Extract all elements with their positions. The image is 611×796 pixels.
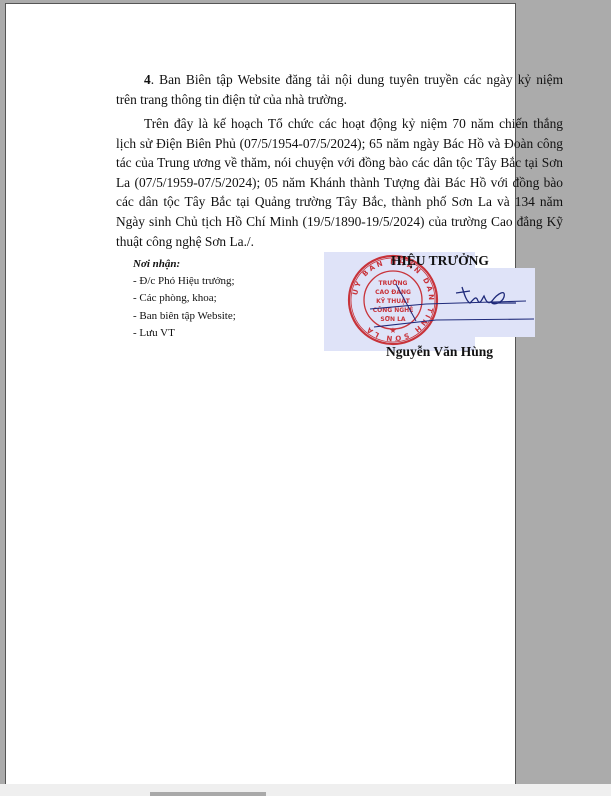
- line-text: . Ban Biên tập Website đăng tải nội dung…: [151, 72, 563, 87]
- horizontal-scrollbar-thumb[interactable]: [150, 792, 266, 796]
- summary-paragraph: Trên đây là kế hoạch Tổ chức các hoạt độ…: [116, 114, 563, 251]
- paragraph-4-line-2: trên trang thông tin điện tử của nhà trư…: [116, 90, 563, 110]
- summary-line: Trên đây là kế hoạch Tổ chức các hoạt độ…: [116, 114, 563, 134]
- recipient-item: - Các phòng, khoa;: [133, 290, 236, 307]
- recipient-item: - Đ/c Phó Hiệu trưởng;: [133, 273, 236, 290]
- paragraph-4: 4. Ban Biên tập Website đăng tải nội dun…: [116, 70, 563, 109]
- recipient-item: - Lưu VT: [133, 325, 236, 342]
- summary-line: các dân tộc Tây Bắc tại Quảng trường Tây…: [116, 192, 563, 212]
- summary-line: Ngày sinh Chủ tịch Hồ Chí Minh (19/5/189…: [116, 212, 563, 232]
- item-number: 4: [144, 72, 151, 87]
- recipient-item: - Ban biên tập Website;: [133, 308, 236, 325]
- summary-line: thuật công nghệ Sơn La./.: [116, 232, 563, 252]
- summary-line: lịch sử Điện Biên Phủ (07/5/1954-07/5/20…: [116, 134, 563, 154]
- paragraph-4-line-1: 4. Ban Biên tập Website đăng tải nội dun…: [116, 70, 563, 90]
- summary-line: La (07/5/1959-07/5/2024); 05 năm Khánh t…: [116, 173, 563, 193]
- summary-line: tác của Trung ương về thăm, nói chuyện v…: [116, 153, 563, 173]
- document-page: 4. Ban Biên tập Website đăng tải nội dun…: [5, 3, 516, 784]
- handwritten-signature-icon: [366, 279, 541, 329]
- recipients-title: Nơi nhận:: [133, 256, 236, 273]
- signature-title: HIỆU TRƯỞNG: [391, 253, 489, 269]
- signer-name: Nguyễn Văn Hùng: [386, 344, 493, 360]
- horizontal-scrollbar[interactable]: [0, 784, 611, 796]
- recipients-block: Nơi nhận: - Đ/c Phó Hiệu trưởng; - Các p…: [133, 256, 236, 342]
